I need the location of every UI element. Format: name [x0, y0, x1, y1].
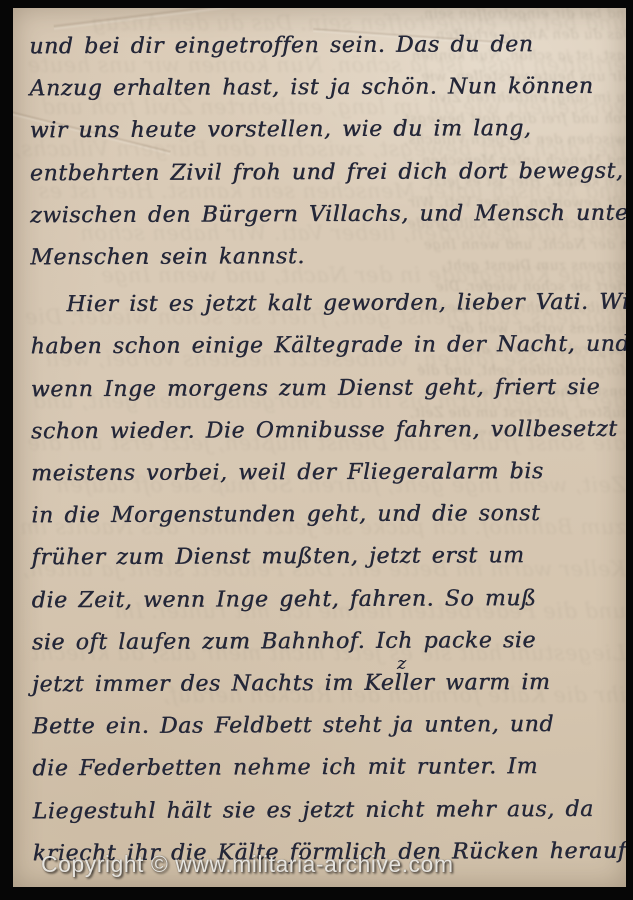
handwriting-line: wenn Inge morgens zum Dienst geht, frier…: [31, 366, 610, 411]
handwriting-line: wir uns heute vorstellen, wie du im lang…: [30, 108, 609, 153]
handwriting-line: die Zeit, wenn Inge geht, fahren. So muß: [32, 577, 611, 622]
handwriting-line: Bette ein. Das Feldbett steht ja unten, …: [32, 704, 611, 749]
handwriting-line: entbehrten Zivil froh und frei dich dort…: [30, 150, 609, 195]
handwriting-line: jetzt immer des Nachts im Keller warm im: [32, 662, 611, 707]
handwriting-line: zwischen den Bürgern Villachs, und Mensc…: [30, 193, 609, 238]
letter-page: und bei dir eingetroffen sein. Das du de…: [13, 8, 626, 887]
handwriting-line: die Federbetten nehme ich mit runter. Im: [32, 746, 611, 791]
handwriting-line: Menschen sein kannst.: [30, 235, 609, 280]
watermark: Copyright © www.militaria-archive.com: [41, 851, 454, 878]
handwriting-line: und bei dir eingetroffen sein. Das du de…: [29, 24, 608, 69]
handwriting-line: in die Morgenstunden geht, und die sonst: [31, 493, 610, 538]
paragraph: und bei dir eingetroffen sein. Das du de…: [29, 24, 609, 280]
scanned-letter: und bei dir eingetroffen sein. Das du de…: [0, 0, 633, 900]
handwriting-line: Anzug erhalten hast, ist ja schön. Nun k…: [29, 66, 608, 111]
handwriting-line: haben schon einige Kältegrade in der Nac…: [30, 324, 609, 369]
handwriting-line: schon wieder. Die Omnibusse fahren, voll…: [31, 409, 610, 454]
handwriting-line: meistens vorbei, weil der Fliegeralarm b…: [31, 451, 610, 496]
handwriting-block: und bei dir eingetroffen sein. Das du de…: [29, 24, 612, 876]
handwriting-line: Hier ist es jetzt kalt geworden, lieber …: [30, 282, 609, 327]
insertion-mark: z: [397, 654, 406, 674]
handwriting-line: Liegestuhl hält sie es jetzt nicht mehr …: [32, 788, 611, 833]
handwriting-line: sie oft laufen zum Bahnhof. Ich packe si…: [32, 620, 611, 665]
handwriting-line: früher zum Dienst mußten, jetzt erst um: [31, 535, 610, 580]
paragraph: Hier ist es jetzt kalt geworden, lieber …: [30, 282, 612, 875]
